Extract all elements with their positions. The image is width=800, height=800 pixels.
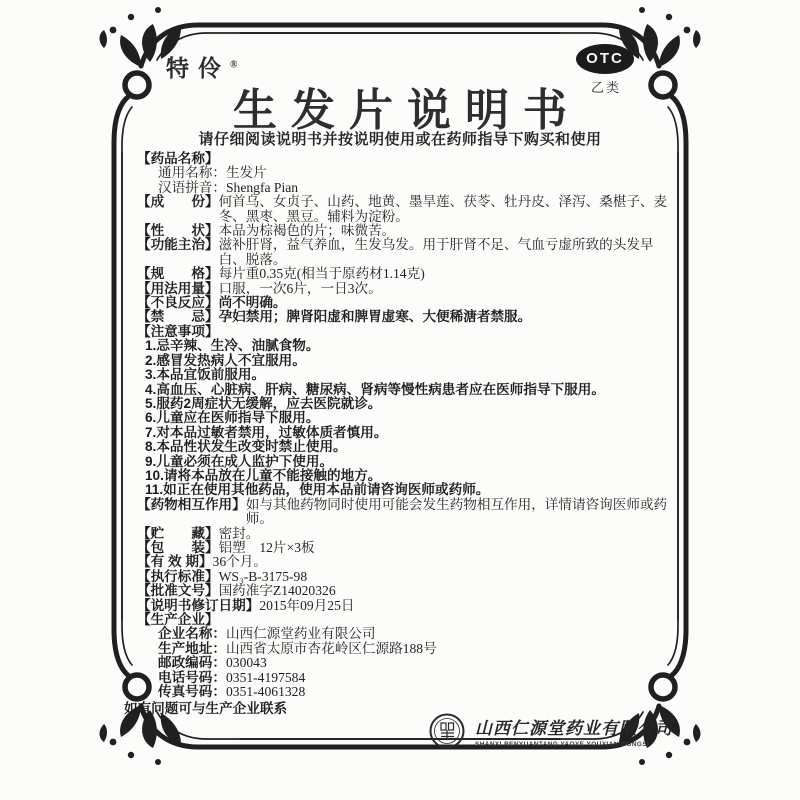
otc-class-label: 乙类	[576, 77, 636, 96]
section-text: 铝塑 12片×3板	[219, 541, 670, 555]
generic-name-row: 通用名称： 生发片	[137, 166, 670, 180]
section-label: 【药品名称】	[137, 152, 219, 166]
footer-company-names: 山西仁源堂药业有限公司 SHANXI RENYUANTANG YAOYE YOU…	[475, 714, 673, 748]
section-text: 每片重0.35克(相当于原药材1.14克)	[219, 267, 670, 281]
section-text: 何首乌、女贞子、山药、地黄、墨旱莲、茯苓、牡丹皮、泽泻、桑椹子、麦冬、黑枣、黑豆…	[219, 195, 670, 224]
field-value: 030043	[226, 656, 670, 670]
section-text: 36个月。	[213, 555, 670, 569]
field-key: 邮政编码：	[158, 656, 226, 670]
section-label: 【贮 藏】	[137, 527, 219, 541]
field-value: 生发片	[226, 166, 670, 180]
section-drug-interactions: 【药物相互作用】 如与其他药物同时使用可能会发生药物相互作用，详情请咨询医师或药…	[137, 498, 670, 527]
otc-badge-group: OTC 乙类	[576, 44, 636, 96]
section-text: 2015年09月25日	[259, 599, 670, 613]
precaution-item: 6.儿童应在医师指导下服用。	[137, 411, 670, 425]
section-label: 【禁 忌】	[137, 310, 219, 324]
section-label: 【药物相互作用】	[137, 498, 246, 512]
footer-company-romanization: SHANXI RENYUANTANG YAOYE YOUXIAN GONGSI	[475, 741, 673, 748]
section-label: 【说明书修订日期】	[137, 599, 259, 613]
section-contraindications: 【禁 忌】 孕妇禁用；脾肾阳虚和脾胃虚寒、大便稀溏者禁服。	[137, 310, 670, 324]
section-label: 【成 份】	[137, 195, 219, 209]
field-value: 山西省太原市杏花岭区仁源路188号	[226, 642, 670, 656]
section-text: 口服，一次6片，一日3次。	[219, 282, 670, 296]
precaution-item: 8.本品性状发生改变时禁止使用。	[137, 440, 670, 454]
field-value: 0351-4061328	[226, 685, 670, 699]
company-seal-icon	[428, 712, 466, 750]
section-validity: 【有 效 期】 36个月。	[137, 555, 670, 569]
section-revision-date: 【说明书修订日期】 2015年09月25日	[137, 599, 670, 613]
drug-leaflet-page: 特伶® 生发片说明书 OTC 乙类 请仔细阅读说明书并按说明使用或在药师指导下购…	[0, 0, 800, 800]
precaution-item: 11.如正在使用其他药品，使用本品前请咨询医师或药师。	[137, 483, 670, 497]
section-drug-name: 【药品名称】	[137, 152, 670, 166]
precaution-item: 3.本品宜饭前服用。	[137, 368, 670, 382]
otc-badge-icon: OTC	[576, 44, 634, 74]
section-text: 如与其他药物同时使用可能会发生药物相互作用，详情请咨询医师或药师。	[246, 498, 670, 527]
registered-trademark-mark: ®	[230, 59, 237, 70]
section-package: 【包 装】 铝塑 12片×3板	[137, 541, 670, 555]
section-specification: 【规 格】 每片重0.35克(相当于原药材1.14克)	[137, 267, 670, 281]
field-value: 0351-4197584	[226, 671, 670, 685]
section-text: 孕妇禁用；脾肾阳虚和脾胃虚寒、大便稀溏者禁服。	[219, 310, 670, 324]
section-dosage: 【用法用量】 口服，一次6片，一日3次。	[137, 282, 670, 296]
section-label: 【用法用量】	[137, 282, 219, 296]
manufacturer-row: 邮政编码： 030043	[137, 656, 670, 670]
field-value: 山西仁源堂药业有限公司	[226, 627, 670, 641]
section-ingredients: 【成 份】 何首乌、女贞子、山药、地黄、墨旱莲、茯苓、牡丹皮、泽泻、桑椹子、麦冬…	[137, 195, 670, 224]
usage-notice: 请仔细阅读说明书并按说明使用或在药师指导下购买和使用	[0, 128, 800, 149]
field-key: 通用名称：	[158, 166, 226, 180]
precaution-item: 7.对本品过敏者禁用，过敏体质者慎用。	[137, 426, 670, 440]
field-key: 传真号码：	[158, 685, 226, 699]
footer-company-name: 山西仁源堂药业有限公司	[475, 714, 673, 739]
manufacturer-row: 传真号码： 0351-4061328	[137, 685, 670, 699]
field-key: 电话号码：	[158, 671, 226, 685]
precaution-item: 1.忌辛辣、生冷、油腻食物。	[137, 339, 670, 353]
section-label: 【规 格】	[137, 267, 219, 281]
manufacturer-row: 企业名称： 山西仁源堂药业有限公司	[137, 627, 670, 641]
leaflet-body: 【药品名称】 通用名称： 生发片 汉语拼音： Shengfa Pian 【成 份…	[137, 152, 670, 717]
precaution-item: 9.儿童必须在成人监护下使用。	[137, 455, 670, 469]
section-text: 密封。	[219, 527, 670, 541]
field-key: 企业名称：	[158, 627, 226, 641]
section-storage: 【贮 藏】 密封。	[137, 527, 670, 541]
section-label: 【功能主治】	[137, 238, 219, 252]
section-indications: 【功能主治】 滋补肝肾，益气养血，生发乌发。用于肝肾不足、气血亏虚所致的头发早白…	[137, 238, 670, 267]
footer-company-mark: 山西仁源堂药业有限公司 SHANXI RENYUANTANG YAOYE YOU…	[428, 712, 678, 750]
manufacturer-row: 电话号码： 0351-4197584	[137, 671, 670, 685]
section-label: 【批准文号】	[137, 584, 219, 598]
precaution-item: 2.感冒发热病人不宜服用。	[137, 354, 670, 368]
section-approval-number: 【批准文号】 国药准字Z14020326	[137, 584, 670, 598]
section-label: 【有 效 期】	[137, 555, 213, 569]
section-text: WS₃-B-3175-98	[219, 570, 670, 584]
precaution-item: 4.高血压、心脏病、肝病、糖尿病、肾病等慢性病患者应在医师指导下服用。	[137, 383, 670, 397]
section-text: 国药准字Z14020326	[219, 584, 670, 598]
section-text: 滋补肝肾，益气养血，生发乌发。用于肝肾不足、气血亏虚所致的头发早白、脱落。	[219, 238, 670, 267]
